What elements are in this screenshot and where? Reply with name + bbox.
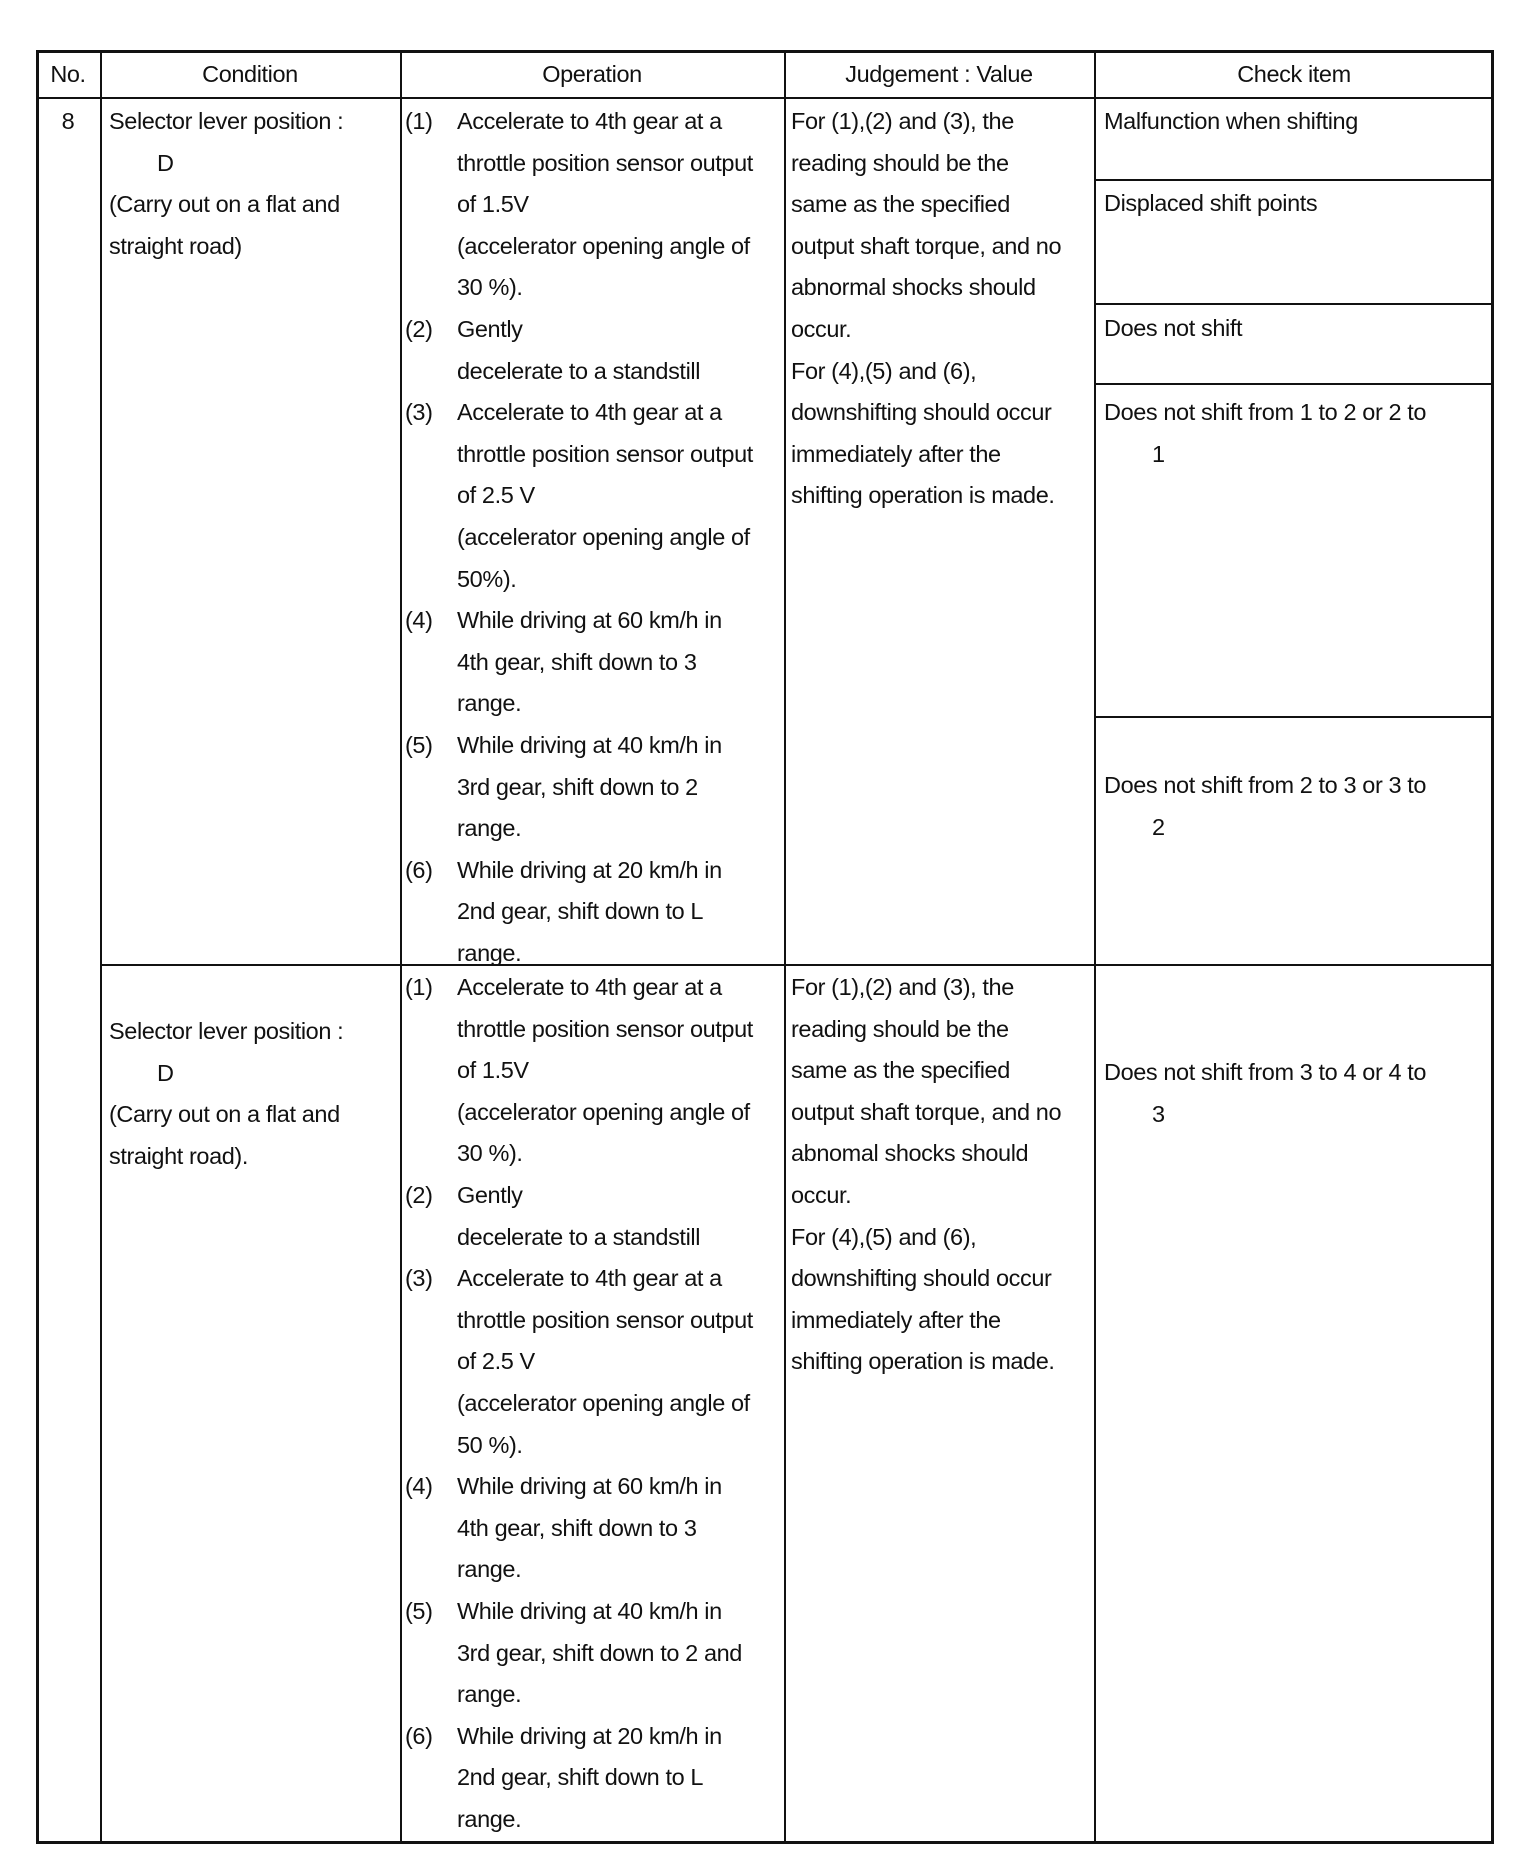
operation-step: (6)While driving at 20 km/h in [405,850,753,892]
operation-step-continued: 4th gear, shift down to 3 [405,1508,753,1550]
judgement-line: For (4),(5) and (6), [791,351,1061,393]
operation-step: (4)While driving at 60 km/h in [405,1466,753,1508]
operation-step-continued: of 2.5 V [405,475,753,517]
judgement-line: occur. [791,309,1061,351]
condition-position-value: D [109,1053,343,1095]
step-number: (3) [405,392,433,434]
header-no: No. [36,54,100,94]
operation-step-continued: 2nd gear, shift down to L [405,1757,753,1799]
operation-step-continued: (accelerator opening angle of [405,226,753,268]
check-item: Does not shift from 1 to 2 or 2 to 1 [1104,392,1426,475]
condition-cell: Selector lever position : D (Carry out o… [109,101,343,267]
check-item: Malfunction when shifting [1104,101,1358,143]
column-divider-operation [784,50,786,1844]
operation-step-continued: 4th gear, shift down to 3 [405,642,753,684]
judgement-line: same as the specified [791,184,1061,226]
operation-step-continued: throttle position sensor output [405,434,753,476]
check-divider-3 [1094,383,1494,385]
operation-step-continued: of 1.5V [405,1050,753,1092]
step-number: (6) [405,850,433,892]
operation-step-continued: 30 %). [405,267,753,309]
step-number: (1) [405,101,433,143]
operation-step-continued: range. [405,1799,753,1841]
check-item-text: Does not shift from 3 to 4 or 4 to [1104,1052,1426,1094]
operation-step: (1)Accelerate to 4th gear at a [405,967,753,1009]
judgement-cell: For (1),(2) and (3), thereading should b… [791,101,1061,517]
judgement-line: abnormal shocks should [791,267,1061,309]
inspection-table [36,50,1494,1844]
header-judgement: Judgement : Value [784,54,1094,94]
operation-step-continued: 3rd gear, shift down to 2 [405,767,753,809]
check-divider-4 [1094,716,1494,718]
condition-line: (Carry out on a flat and [109,184,343,226]
operation-step: (3)Accelerate to 4th gear at a [405,1258,753,1300]
operation-step-continued: throttle position sensor output [405,1300,753,1342]
row-divider [100,964,1494,966]
operation-step: (5)While driving at 40 km/h in [405,725,753,767]
operation-step: (4)While driving at 60 km/h in [405,600,753,642]
step-number: (4) [405,1466,433,1508]
judgement-line: downshifting should occur [791,392,1061,434]
step-number: (2) [405,1175,433,1217]
check-item-text: Malfunction when shifting [1104,101,1358,143]
judgement-line: immediately after the [791,1300,1061,1342]
header-operation: Operation [400,54,784,94]
operation-step-continued: of 1.5V [405,184,753,226]
check-item: Does not shift [1104,308,1242,350]
column-divider-condition [400,50,402,1844]
operation-step-continued: range. [405,808,753,850]
step-number: (2) [405,309,433,351]
judgement-line: reading should be the [791,143,1061,185]
judgement-line: For (4),(5) and (6), [791,1217,1061,1259]
operation-step-continued: 30 %). [405,1133,753,1175]
condition-position-value: D [109,143,343,185]
operation-step-continued: range. [405,1549,753,1591]
header-check-item: Check item [1094,54,1494,94]
judgement-line: occur. [791,1175,1061,1217]
judgement-line: shifting operation is made. [791,475,1061,517]
check-divider-1 [1094,179,1494,181]
step-number: (5) [405,725,433,767]
judgement-line: same as the specified [791,1050,1061,1092]
operation-step: (2)Gently [405,309,753,351]
judgement-line: downshifting should occur [791,1258,1061,1300]
check-item-text: Does not shift from 1 to 2 or 2 to [1104,392,1426,434]
judgement-line: immediately after the [791,434,1061,476]
operation-step-continued: decelerate to a standstill [405,1217,753,1259]
condition-line: straight road). [109,1136,343,1178]
operation-step: (1)Accelerate to 4th gear at a [405,101,753,143]
check-item-text: Does not shift [1104,308,1242,350]
operation-step-continued: 50 %). [405,1425,753,1467]
judgement-line: For (1),(2) and (3), the [791,101,1061,143]
check-item: Does not shift from 3 to 4 or 4 to 3 [1104,1052,1426,1135]
step-number: (5) [405,1591,433,1633]
operation-step-continued: (accelerator opening angle of [405,1383,753,1425]
judgement-cell: For (1),(2) and (3), thereading should b… [791,967,1061,1383]
judgement-line: abnomal shocks should [791,1133,1061,1175]
check-item: Does not shift from 2 to 3 or 3 to 2 [1104,765,1426,848]
column-divider-no [100,50,102,1844]
header-divider [36,97,1494,99]
operation-step-continued: 50%). [405,559,753,601]
operation-step-continued: range. [405,683,753,725]
condition-line: straight road) [109,226,343,268]
header-condition: Condition [100,54,400,94]
operation-step-continued: (accelerator opening angle of [405,517,753,559]
operation-step-continued: throttle position sensor output [405,143,753,185]
operation-cell: (1)Accelerate to 4th gear at athrottle p… [405,101,753,974]
judgement-line: reading should be the [791,1009,1061,1051]
check-divider-2 [1094,303,1494,305]
judgement-line: For (1),(2) and (3), the [791,967,1061,1009]
operation-step-continued: decelerate to a standstill [405,351,753,393]
check-item-text: Does not shift from 2 to 3 or 3 to [1104,765,1426,807]
operation-step-continued: range. [405,1674,753,1716]
judgement-line: shifting operation is made. [791,1341,1061,1383]
condition-line: (Carry out on a flat and [109,1094,343,1136]
check-item-text: 1 [1104,434,1426,476]
operation-step: (3)Accelerate to 4th gear at a [405,392,753,434]
operation-step-continued: (accelerator opening angle of [405,1092,753,1134]
operation-step-continued: 2nd gear, shift down to L [405,891,753,933]
judgement-line: output shaft torque, and no [791,226,1061,268]
operation-step: (2)Gently [405,1175,753,1217]
operation-step: (5)While driving at 40 km/h in [405,1591,753,1633]
check-item: Displaced shift points [1104,183,1317,225]
step-number: (1) [405,967,433,1009]
operation-step-continued: 3rd gear, shift down to 2 and [405,1633,753,1675]
operation-cell: (1)Accelerate to 4th gear at athrottle p… [405,967,753,1840]
step-number: (4) [405,600,433,642]
condition-cell: Selector lever position : D (Carry out o… [109,1011,343,1177]
check-item-text: 2 [1104,807,1426,849]
condition-line: Selector lever position : [109,1011,343,1053]
column-divider-judgement [1094,50,1096,1844]
judgement-line: output shaft torque, and no [791,1092,1061,1134]
step-number: (3) [405,1258,433,1300]
operation-step: (6)While driving at 20 km/h in [405,1716,753,1758]
condition-line: Selector lever position : [109,101,343,143]
step-number: (6) [405,1716,433,1758]
operation-step-continued: throttle position sensor output [405,1009,753,1051]
check-item-text: 3 [1104,1094,1426,1136]
row-number: 8 [36,101,100,143]
operation-step-continued: of 2.5 V [405,1341,753,1383]
check-item-text: Displaced shift points [1104,183,1317,225]
